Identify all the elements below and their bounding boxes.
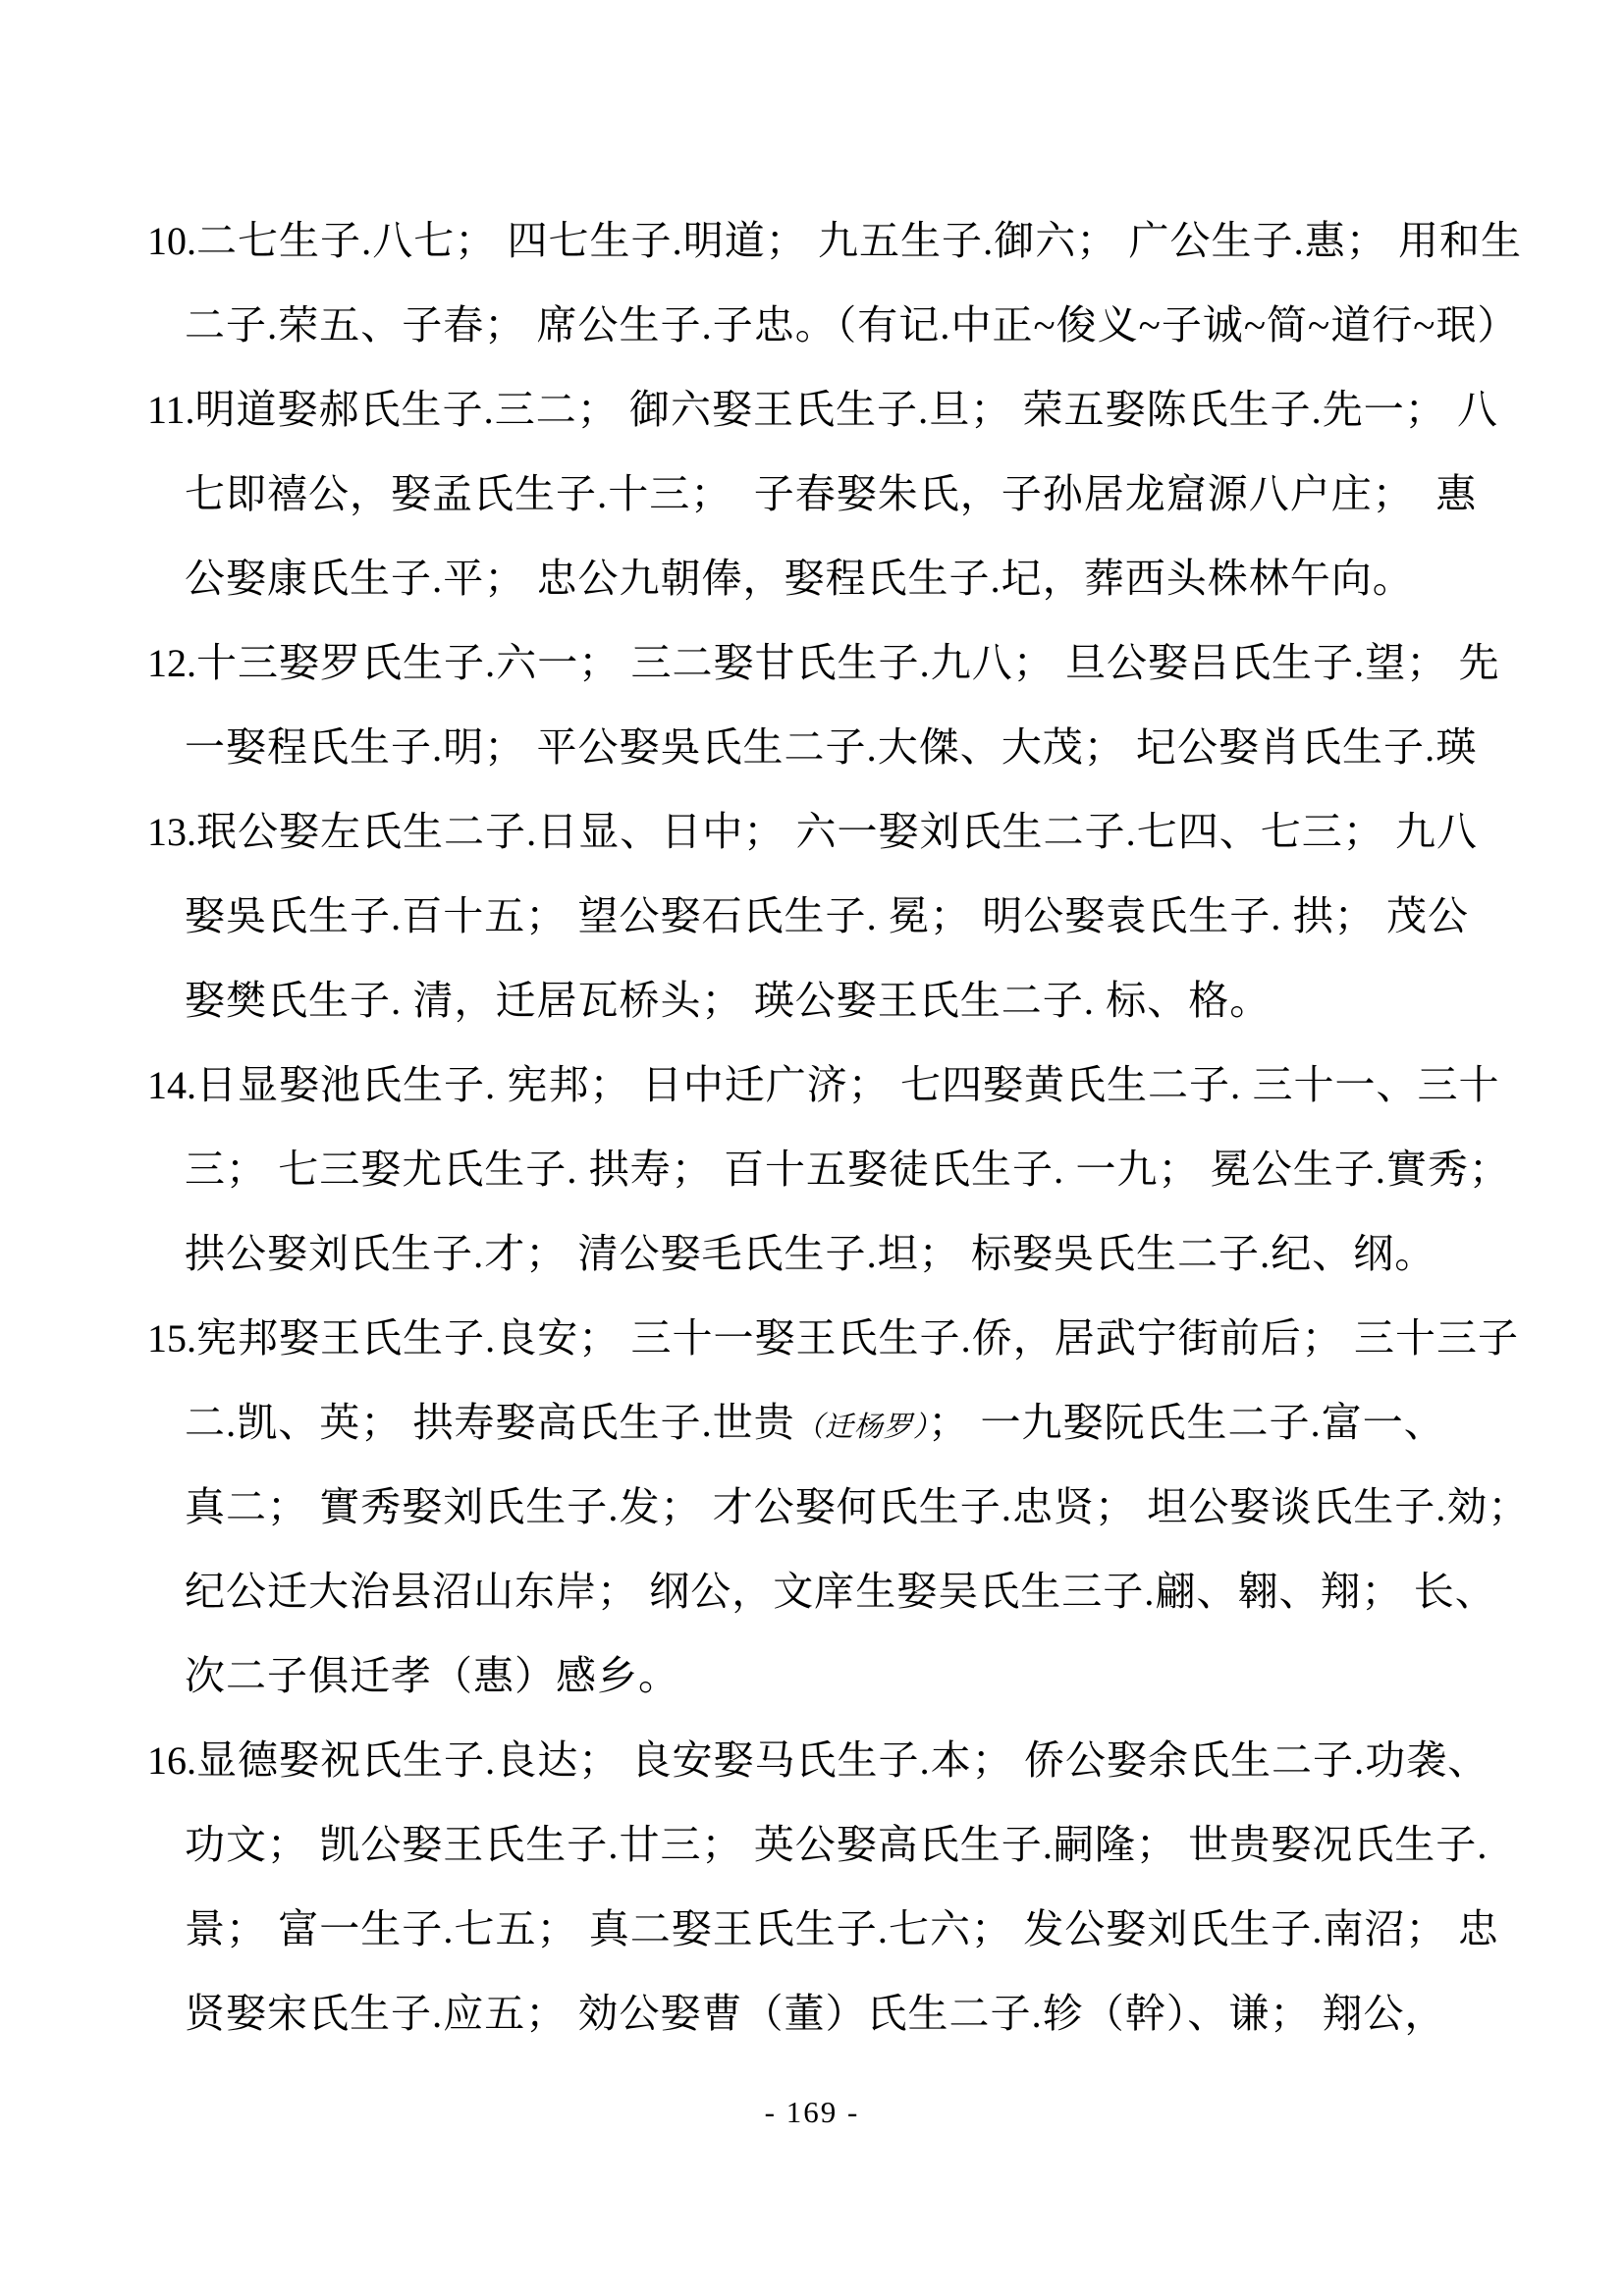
line-text: 贤娶宋氏生子.应五； 効公娶曹（董）氏生二子.轸（幹）、谦； 翔公，	[185, 1991, 1446, 2036]
genealogy-entry: 14.日显娶池氏生子. 宪邦； 日中迁广济； 七四娶黄氏生二子. 三十一、三十三…	[147, 1042, 1483, 1296]
genealogy-entry: 13.珉公娶左氏生二子.日显、日中； 六一娶刘氏生二子.七四、七三； 九八娶吳氏…	[147, 789, 1483, 1042]
entry-number: 13.	[147, 810, 196, 854]
text-line: 二子.荣五、子春； 席公生子.子忠。（有记.中正~俊义~子诚~简~道行~珉）	[147, 283, 1483, 367]
text-line: 10.二七生子.八七； 四七生子.明道； 九五生子.御六； 广公生子.惠； 用和…	[147, 198, 1483, 283]
text-line: 景； 富一生子.七五； 真二娶王氏生子.七六； 发公娶刘氏生子.南沼； 忠	[147, 1887, 1483, 1971]
line-text: 二子.荣五、子春； 席公生子.子忠。（有记.中正~俊义~子诚~简~道行~珉）	[185, 302, 1518, 347]
line-text: 真二； 實秀娶刘氏生子.发； 才公娶何氏生子.忠贤； 坦公娶谈氏生子.効；	[185, 1484, 1530, 1529]
line-text: 三； 七三娶尤氏生子. 拱寿； 百十五娶徒氏生子. 一九； 冕公生子.實秀；	[185, 1147, 1510, 1192]
text-line: 12.十三娶罗氏生子.六一； 三二娶甘氏生子.九八； 旦公娶吕氏生子.望； 先	[147, 620, 1483, 705]
line-text: 纪公迁大治县沼山东岸； 纲公，文庠生娶吴氏生三子.翩、翱、翔； 长、	[185, 1569, 1496, 1614]
line-text: 公娶康氏生子.平； 忠公九朝俸，娶程氏生子.圮，葬西头株林午向。	[185, 556, 1414, 601]
entry-number: 10.	[147, 219, 196, 263]
text-line: 13.珉公娶左氏生二子.日显、日中； 六一娶刘氏生二子.七四、七三； 九八	[147, 789, 1483, 874]
text-line: 娶樊氏生子. 清，迁居瓦桥头； 瑛公娶王氏生二子. 标、格。	[147, 958, 1483, 1042]
entry-number: 14.	[147, 1063, 196, 1107]
line-text: 日显娶池氏生子. 宪邦； 日中迁广济； 七四娶黄氏生二子. 三十一、三十	[196, 1062, 1500, 1107]
line-text: 一娶程氏生子.明； 平公娶吳氏生二子.大傑、大茂； 圮公娶肖氏生子.瑛	[185, 724, 1477, 770]
text-line: 贤娶宋氏生子.应五； 効公娶曹（董）氏生二子.轸（幹）、谦； 翔公，	[147, 1971, 1483, 2056]
line-text: 珉公娶左氏生二子.日显、日中； 六一娶刘氏生二子.七四、七三； 九八	[196, 809, 1478, 854]
line-text: 娶吳氏生子.百十五； 望公娶石氏生子. 冕； 明公娶袁氏生子. 拱； 茂公	[185, 893, 1469, 938]
entry-number: 16.	[147, 1738, 196, 1783]
page-number: - 169 -	[0, 2083, 1624, 2142]
text-line: 次二子俱迁孝（惠）感乡。	[147, 1633, 1483, 1718]
inline-note: （迁杨罗）	[795, 1412, 929, 1443]
line-text: ； 一九娶阮氏生二子.富一、	[928, 1400, 1445, 1445]
text-line: 16.显德娶祝氏生子.良达； 良安娶马氏生子.本； 侨公娶余氏生二子.功袭、	[147, 1718, 1483, 1802]
line-text: 十三娶罗氏生子.六一； 三二娶甘氏生子.九八； 旦公娶吕氏生子.望； 先	[196, 640, 1500, 685]
line-text: 景； 富一生子.七五； 真二娶王氏生子.七六； 发公娶刘氏生子.南沼； 忠	[185, 1906, 1499, 1951]
genealogy-entry: 12.十三娶罗氏生子.六一； 三二娶甘氏生子.九八； 旦公娶吕氏生子.望； 先一…	[147, 620, 1483, 789]
line-text: 拱公娶刘氏生子.才； 清公娶毛氏生子.坦； 标娶吳氏生二子.纪、纲。	[185, 1231, 1435, 1276]
text-line: 拱公娶刘氏生子.才； 清公娶毛氏生子.坦； 标娶吳氏生二子.纪、纲。	[147, 1211, 1483, 1296]
line-text: 二七生子.八七； 四七生子.明道； 九五生子.御六； 广公生子.惠； 用和生	[196, 218, 1522, 263]
line-text: 次二子俱迁孝（惠）感乡。	[185, 1653, 679, 1698]
line-text: 明道娶郝氏生子.三二； 御六娶王氏生子.旦； 荣五娶陈氏生子.先一； 八	[195, 387, 1499, 432]
line-text: 功文； 凯公娶王氏生子.廿三； 英公娶高氏生子.嗣隆； 世贵娶况氏生子.	[185, 1822, 1489, 1867]
line-text: 七即禧公，娶孟氏生子.十三； 子春娶朱氏，子孙居龙窟源八户庄； 惠	[185, 471, 1477, 516]
text-line: 11.明道娶郝氏生子.三二； 御六娶王氏生子.旦； 荣五娶陈氏生子.先一； 八	[147, 367, 1483, 452]
entry-number: 15.	[147, 1316, 196, 1361]
line-text: 娶樊氏生子. 清，迁居瓦桥头； 瑛公娶王氏生二子. 标、格。	[185, 978, 1271, 1023]
text-line: 15.宪邦娶王氏生子.良安； 三十一娶王氏生子.侨，居武宁街前后； 三十三子	[147, 1296, 1483, 1380]
document-page: 10.二七生子.八七； 四七生子.明道； 九五生子.御六； 广公生子.惠； 用和…	[0, 0, 1624, 2296]
entries: 10.二七生子.八七； 四七生子.明道； 九五生子.御六； 广公生子.惠； 用和…	[147, 198, 1483, 2056]
entry-number: 12.	[147, 641, 196, 685]
entry-number: 11.	[147, 388, 195, 432]
text-line: 娶吳氏生子.百十五； 望公娶石氏生子. 冕； 明公娶袁氏生子. 拱； 茂公	[147, 874, 1483, 958]
text-line: 14.日显娶池氏生子. 宪邦； 日中迁广济； 七四娶黄氏生二子. 三十一、三十	[147, 1042, 1483, 1127]
line-text: 宪邦娶王氏生子.良安； 三十一娶王氏生子.侨，居武宁街前后； 三十三子	[196, 1315, 1519, 1361]
genealogy-entry: 10.二七生子.八七； 四七生子.明道； 九五生子.御六； 广公生子.惠； 用和…	[147, 198, 1483, 367]
genealogy-entry: 11.明道娶郝氏生子.三二； 御六娶王氏生子.旦； 荣五娶陈氏生子.先一； 八七…	[147, 367, 1483, 620]
text-line: 七即禧公，娶孟氏生子.十三； 子春娶朱氏，子孙居龙窟源八户庄； 惠	[147, 452, 1483, 536]
text-line: 功文； 凯公娶王氏生子.廿三； 英公娶高氏生子.嗣隆； 世贵娶况氏生子.	[147, 1802, 1483, 1887]
genealogy-entry: 15.宪邦娶王氏生子.良安； 三十一娶王氏生子.侨，居武宁街前后； 三十三子二.…	[147, 1296, 1483, 1718]
text-line: 纪公迁大治县沼山东岸； 纲公，文庠生娶吴氏生三子.翩、翱、翔； 长、	[147, 1549, 1483, 1633]
text-line: 一娶程氏生子.明； 平公娶吳氏生二子.大傑、大茂； 圮公娶肖氏生子.瑛	[147, 705, 1483, 789]
line-text: 二.凯、英； 拱寿娶高氏生子.世贵	[185, 1400, 795, 1445]
text-line: 三； 七三娶尤氏生子. 拱寿； 百十五娶徒氏生子. 一九； 冕公生子.實秀；	[147, 1127, 1483, 1211]
genealogy-entry: 16.显德娶祝氏生子.良达； 良安娶马氏生子.本； 侨公娶余氏生二子.功袭、功文…	[147, 1718, 1483, 2056]
text-line: 二.凯、英； 拱寿娶高氏生子.世贵（迁杨罗）； 一九娶阮氏生二子.富一、	[147, 1380, 1483, 1465]
text-line: 真二； 實秀娶刘氏生子.发； 才公娶何氏生子.忠贤； 坦公娶谈氏生子.効；	[147, 1465, 1483, 1549]
text-line: 公娶康氏生子.平； 忠公九朝俸，娶程氏生子.圮，葬西头株林午向。	[147, 536, 1483, 620]
line-text: 显德娶祝氏生子.良达； 良安娶马氏生子.本； 侨公娶余氏生二子.功袭、	[196, 1737, 1489, 1783]
